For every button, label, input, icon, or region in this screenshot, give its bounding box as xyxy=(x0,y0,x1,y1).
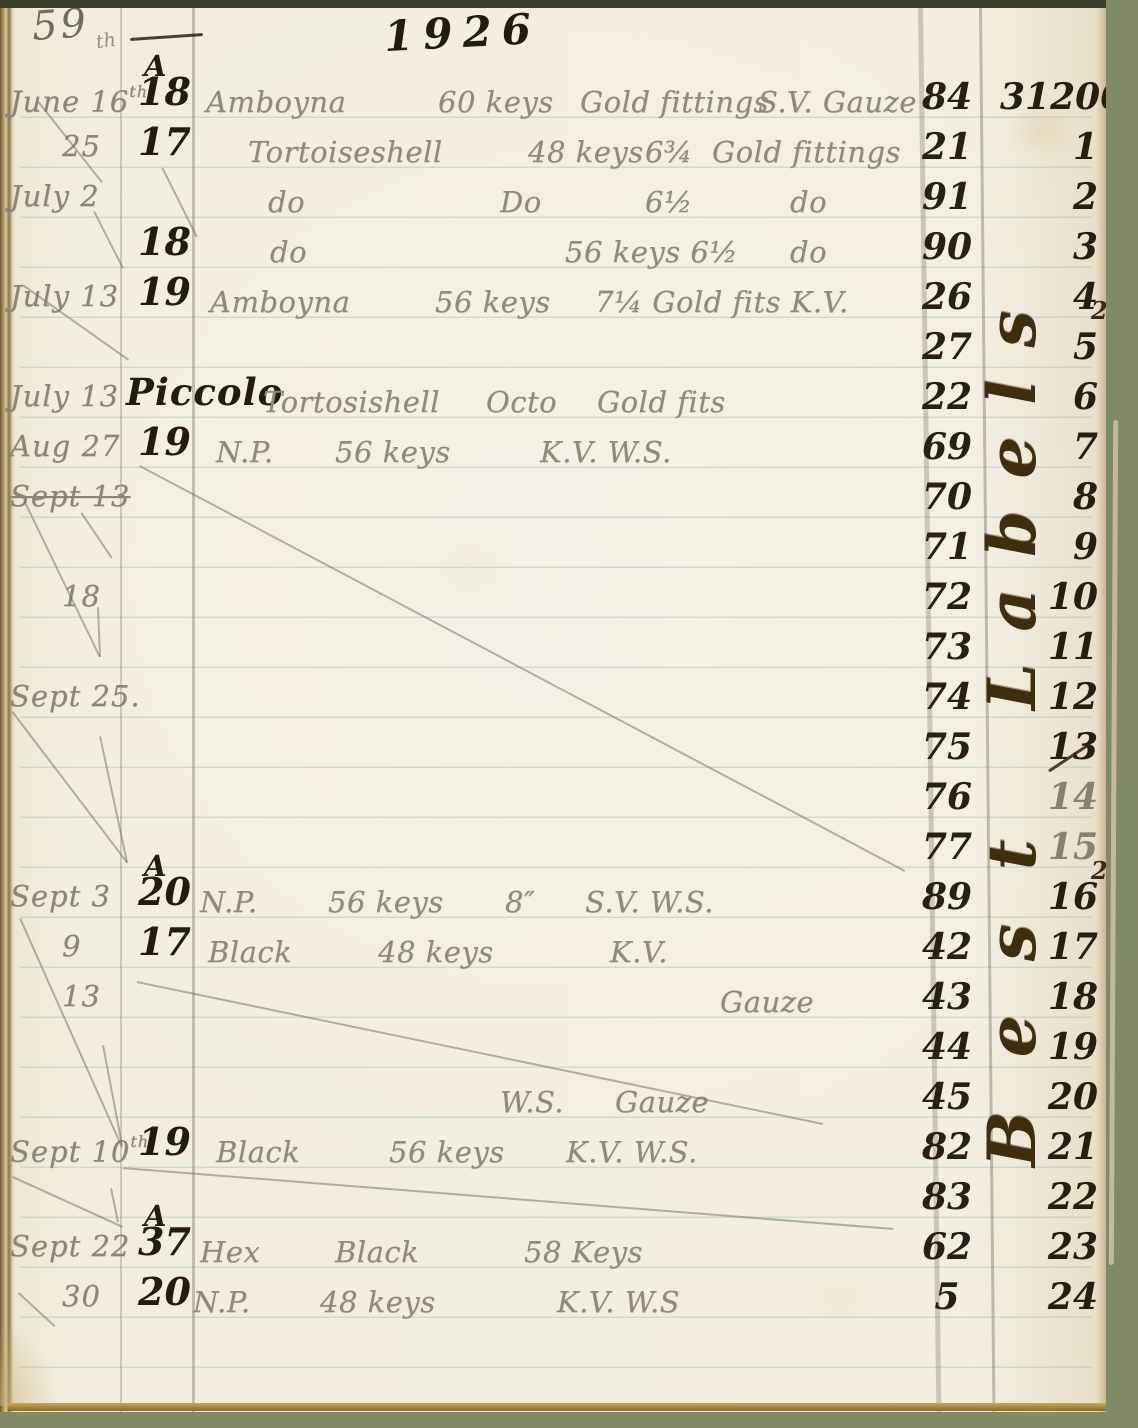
entry-description-segment: Octo xyxy=(486,376,557,428)
entry-description-segment: 48 keys xyxy=(528,126,644,178)
entry-description-segment: N.P. xyxy=(200,876,258,928)
vertical-note-best: Best xyxy=(967,827,1057,1167)
binding-thread xyxy=(1109,420,1118,1265)
annotation-a-mark: A xyxy=(144,40,167,92)
entry-description-segment: do xyxy=(270,226,307,278)
entry-description-segment: K.V. xyxy=(610,926,668,978)
entry-serial-number: 5 xyxy=(916,1271,978,1323)
entry-description-segment: 56 keys xyxy=(435,276,551,328)
entry-date: July 2 xyxy=(10,170,135,222)
entry-label-number: 23 xyxy=(1000,1221,1098,1273)
entry-description-segment: K.V. W.S. xyxy=(540,426,672,478)
page-folio: 59 xyxy=(30,8,90,50)
entry-description-segment: 6½ xyxy=(645,176,693,228)
entry-batch-number: 19 xyxy=(138,266,191,318)
entry-description-segment: 56 keys xyxy=(389,1126,505,1178)
entry-date: Sept 25. xyxy=(10,670,135,722)
entry-description-segment: 56 keys xyxy=(335,426,451,478)
year-title: 1926 xyxy=(383,8,542,61)
entry-description-segment: Amboyna xyxy=(206,76,346,128)
entry-description-segment: K.V. W.S. xyxy=(566,1126,698,1178)
entry-description-segment: Gold fits xyxy=(597,376,726,428)
entry-description-segment: Do xyxy=(500,176,542,228)
edge-mark: 2 xyxy=(1091,296,1106,325)
entry-serial-number: 84 xyxy=(916,71,978,123)
entry-description-segment: Black xyxy=(208,926,292,978)
entry-batch-number: 18 xyxy=(138,216,191,268)
entry-serial-number: 91 xyxy=(916,171,978,223)
entry-description-segment: Tortosishell xyxy=(263,376,440,428)
entry-description-segment: 56 keys 6½ xyxy=(565,226,738,278)
entry-date: July 13 xyxy=(10,270,135,322)
entry-batch-number: 17 xyxy=(138,916,191,968)
entry-description-segment: S.V. Gauze xyxy=(758,76,917,128)
entry-description-segment: 48 keys xyxy=(378,926,494,978)
entry-description-segment: do xyxy=(268,176,305,228)
entry-description-segment: N.P. xyxy=(193,1276,251,1328)
entry-label-number: 31200 xyxy=(1000,71,1098,123)
entry-date: Sept 3 xyxy=(10,870,135,922)
entry-description-segment: Amboyna xyxy=(210,276,350,328)
entry-serial-number: 90 xyxy=(916,221,978,273)
entry-description-segment: 56 keys xyxy=(328,876,444,928)
entry-batch-number: 20 xyxy=(138,1266,191,1318)
entry-serial-number: 76 xyxy=(916,771,978,823)
edge-mark: 2 xyxy=(1091,856,1106,885)
folio-superscript: th xyxy=(95,29,118,54)
entry-description-segment: do xyxy=(790,176,827,228)
page-bottom-edge xyxy=(8,1403,1106,1411)
ledger-photo: 59 th 1926 June 16th18AAmboyna60 keysGol… xyxy=(0,0,1138,1428)
entry-description-segment: S.V. W.S. xyxy=(585,876,714,928)
entry-batch-number: 19 xyxy=(138,1116,191,1168)
vertical-note-labels: Labels xyxy=(967,310,1057,710)
entry-description-segment: do xyxy=(790,226,827,278)
entry-description-segment: N.P. xyxy=(216,426,274,478)
entry-label-number: 2 xyxy=(1000,171,1098,223)
entry-description-segment: 58 Keys xyxy=(524,1226,643,1278)
entry-description-segment: Tortoiseshell xyxy=(248,126,443,178)
entry-date: 13 xyxy=(62,970,187,1022)
ledger-page: 59 th 1926 June 16th18AAmboyna60 keysGol… xyxy=(0,8,1106,1412)
ledger-row: 3020N.P.48 keysK.V. W.S524 xyxy=(0,1278,1106,1330)
annotation-a-mark: A xyxy=(144,1190,167,1242)
entry-description-segment: 8″ xyxy=(505,876,535,928)
entry-serial-number: 21 xyxy=(916,121,978,173)
entry-description-segment: W.S. xyxy=(500,1076,564,1128)
annotation-a-mark: A xyxy=(144,840,167,892)
entry-description-segment: 6¾ xyxy=(645,126,693,178)
entry-description-segment: 60 keys xyxy=(438,76,554,128)
entry-batch-number: 17 xyxy=(138,116,191,168)
entry-description-segment: Gold fittings xyxy=(712,126,901,178)
entry-label-number: 22 xyxy=(1000,1171,1098,1223)
entry-description-segment: Black xyxy=(335,1226,419,1278)
entry-serial-number: 75 xyxy=(916,721,978,773)
entry-date: Aug 27 xyxy=(10,420,135,472)
entry-description-segment: K.V. W.S xyxy=(557,1276,680,1328)
entry-description-segment: Gauze xyxy=(720,976,814,1028)
entry-date: June 16th xyxy=(10,70,135,128)
entry-label-number: 24 xyxy=(1000,1271,1098,1323)
entry-label-number: 3 xyxy=(1000,221,1098,273)
entry-description-segment: 7¼ Gold fits K.V. xyxy=(595,276,849,328)
entry-description-segment: Gold fittings xyxy=(580,76,769,128)
entry-date: Sept 10th xyxy=(10,1120,135,1178)
entry-description-segment: Black xyxy=(216,1126,300,1178)
entry-serial-number: 83 xyxy=(916,1171,978,1223)
entry-date: Sept 22 xyxy=(10,1220,135,1272)
entry-description-segment: Hex xyxy=(200,1226,260,1278)
entry-label-number: 1 xyxy=(1000,121,1098,173)
entry-date: July 13 xyxy=(10,370,135,422)
entry-description-segment: 48 keys xyxy=(320,1276,436,1328)
entry-serial-number: 62 xyxy=(916,1221,978,1273)
entry-batch-number: 19 xyxy=(138,416,191,468)
entry-batch-number: Piccolo xyxy=(126,366,283,418)
